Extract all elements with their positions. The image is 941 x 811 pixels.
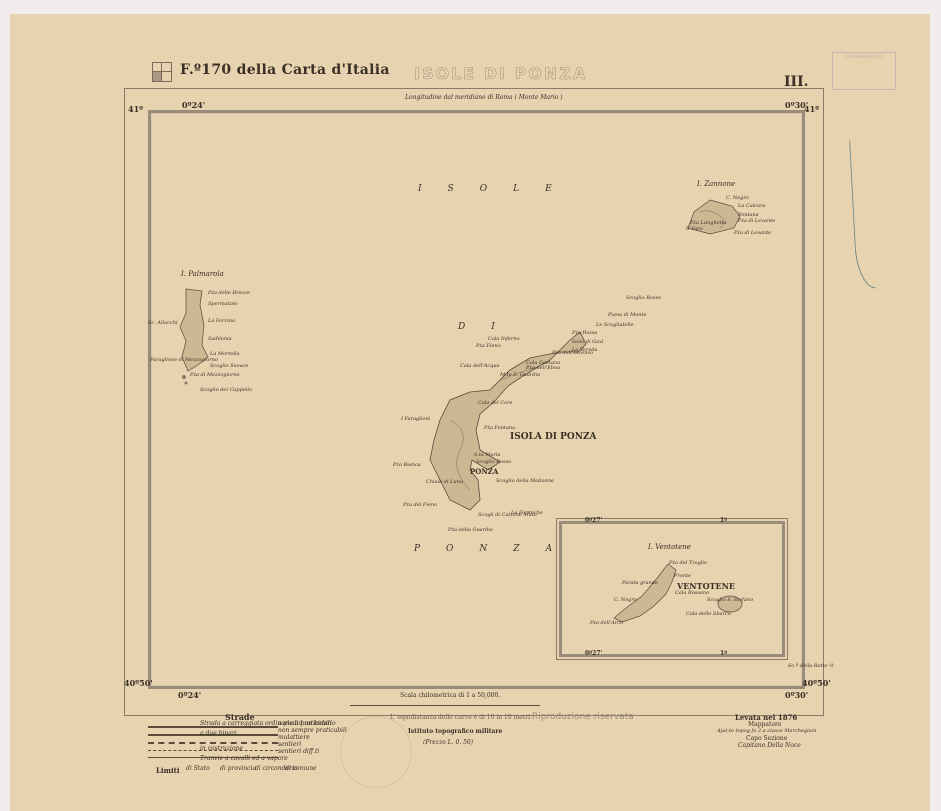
scale-caption: Scala chilometrica di 1 a 50,000.: [400, 692, 500, 699]
place-label: P.ta Fontana: [484, 425, 515, 431]
island-label-palmarola: I. Palmarola: [181, 270, 224, 278]
place-label: Scoglio del Cappello: [200, 387, 252, 393]
place-label: Fronte: [674, 573, 691, 579]
place-label: P.ta dell'Eboa: [526, 365, 560, 371]
place-label: C. Negro: [614, 597, 637, 603]
legend-item: di provincia: [220, 765, 256, 772]
place-label: Spermatoio: [208, 301, 237, 307]
longitude-caption: Longitudine dal meridiano di Roma ( Mont…: [405, 94, 563, 101]
place-label: Scoglio Suvace: [210, 363, 248, 369]
legend-item: a due binari: [200, 730, 237, 737]
lon-bottom-right: 0º30': [785, 690, 808, 700]
library-stamp: GEOGRAFICO: [832, 52, 896, 90]
place-label: Parata grande: [622, 580, 658, 586]
place-label: P.ta dell'Incenso: [552, 350, 593, 356]
chief-name: Capitano Della Noce: [738, 742, 801, 749]
lat-bottom-left: 40º50': [124, 678, 153, 688]
place-label: La Calcara: [738, 203, 765, 209]
legend-heading-limiti: Limiti: [156, 766, 180, 775]
mapper-name: Ajut.te topog.fo 2.a classe Marchegiani: [717, 728, 816, 734]
place-label: Cala dello Sbarco: [686, 611, 731, 617]
island-label-zannone: I. Zannone: [697, 180, 735, 188]
place-label: Scoglio Rosso: [626, 295, 661, 301]
legend-sentieri: a piedi praticabili non sempre praticabi…: [278, 720, 348, 755]
sheet-label: F.º170 della Carta d'Italia: [180, 62, 390, 78]
place-label: Faraglione di Mezzogiorno: [150, 357, 218, 363]
reserved-notice: Riproduzione riservata: [532, 712, 634, 722]
contour-note: L' equidistanza delle curve è di 10 in 1…: [390, 714, 532, 721]
map-title: ISOLE DI PONZA: [414, 64, 587, 83]
price-label: (Prezzo L. 0. 50): [423, 739, 473, 746]
mapper-title: Mappatore: [748, 721, 781, 728]
place-label: P.ta dell'Arco: [590, 620, 623, 626]
lon-bottom-left: 0º24': [178, 690, 201, 700]
lon-top-left: 0º24': [182, 100, 205, 110]
lat-bottom-right: 40º50': [802, 678, 831, 688]
legend-item: di comune: [285, 765, 317, 772]
place-label: C. Negro: [726, 195, 749, 201]
sea-label-ponza: PONZA: [414, 544, 578, 554]
place-label: P.ta delle Brecce: [208, 290, 250, 296]
place-label: M.te S. Guardia: [500, 372, 540, 378]
sheet-index-grid-icon: [152, 62, 172, 82]
place-label: La Forcina: [208, 318, 235, 324]
legend-item: di Stato: [186, 765, 210, 772]
inset-lon-top-right: 1º: [720, 517, 727, 524]
embossed-seal: [340, 716, 412, 788]
place-label: P.ta del Troglio: [669, 560, 707, 566]
inset-lon-bottom-left: 0º27': [585, 650, 602, 657]
chief-title: Capo Sezione: [746, 735, 787, 742]
island-label-ponza: ISOLA DI PONZA: [510, 432, 597, 442]
place-label: Il Varo: [686, 226, 703, 232]
place-label: Chiaia di Luna: [426, 479, 463, 485]
place-label: P.ta del Fieno: [403, 502, 437, 508]
place-label: P.ta di Mezzogiorno: [190, 372, 240, 378]
place-label: Sc. Allocchi: [148, 320, 178, 326]
place-label: Piana di Monte: [608, 312, 646, 318]
place-label: P.ta della Guardia: [448, 527, 493, 533]
place-label: P.ta Fieno: [476, 343, 501, 349]
scale-bar: [350, 705, 540, 706]
lat-top-left: 41º: [128, 104, 143, 114]
place-label: Le Scogliatelle: [596, 322, 634, 328]
inset-lon-bottom-right: 1º: [720, 650, 727, 657]
place-label: S.ta Maria: [474, 452, 501, 458]
place-label: P.ta di Levante: [734, 230, 771, 236]
place-label: P.ta di Levante: [738, 218, 775, 224]
legend-item: Tranvie a cavalli ed a vapore: [200, 755, 288, 762]
town-label-ponza: PONZA: [470, 467, 498, 476]
place-label: P.ta Rossa: [572, 330, 597, 336]
inset-lon-top-left: 0º27': [585, 517, 602, 524]
sea-label-isole: ISOLE: [418, 184, 578, 194]
place-label: Le Formiche: [511, 510, 543, 516]
place-label: Cala Rossano: [675, 590, 709, 596]
lon-top-right: 0º30': [785, 100, 808, 110]
place-label: I Faraglioni: [401, 416, 430, 422]
institute-label: Istituto topografico militare: [408, 728, 502, 735]
place-label: Scoglio S. Stefano: [707, 597, 753, 603]
place-label: Cala del Core: [478, 400, 513, 406]
place-label: Scoglio Rosso: [476, 459, 511, 465]
margin-note: Sc.ª della Rotte ½: [788, 663, 834, 669]
place-label: Sadilonia: [208, 336, 232, 342]
place-label: Cala Inferno: [488, 336, 520, 342]
place-label: Cala dell'Acqua: [460, 363, 500, 369]
place-label: P.ta Bianca: [393, 462, 421, 468]
place-label: Isola di Gavi: [572, 339, 604, 345]
place-label: Scoglio della Madonna: [496, 478, 554, 484]
legend-item: in costruzione: [200, 745, 243, 752]
island-label-ventotene: I. Ventotene: [648, 543, 691, 551]
